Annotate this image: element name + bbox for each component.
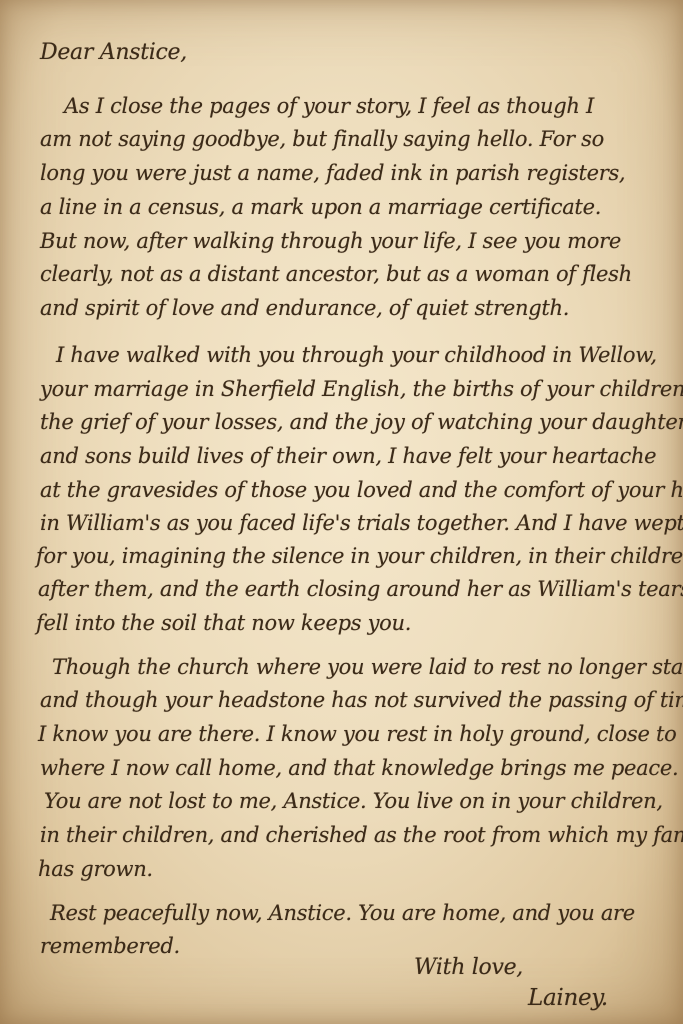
paragraph-2-line-3: the grief of your losses, and the joy of… (40, 409, 683, 435)
paragraph-2-line-2: your marriage in Sherfield English, the … (40, 376, 683, 402)
paragraph-3-line-6: in their children, and cherished as the … (40, 822, 683, 848)
closing: With love, (414, 955, 523, 981)
paragraph-2-line-1: I have walked with you through your chil… (56, 342, 657, 368)
paragraph-2-line-6: in William's as you faced life's trials … (40, 510, 683, 536)
paragraph-4-line-1: Rest peacefully now, Anstice. You are ho… (50, 900, 635, 926)
paragraph-1-line-3: long you were just a name, faded ink in … (40, 160, 625, 186)
paragraph-1-line-6: clearly, not as a distant ancestor, but … (40, 261, 632, 287)
paragraph-3-line-1: Though the church where you were laid to… (52, 654, 683, 680)
signature: Lainey. (528, 985, 608, 1011)
letter-page: Dear Anstice, As I close the pages of yo… (0, 0, 683, 1024)
paragraph-1-line-2: am not saying goodbye, but finally sayin… (40, 126, 604, 152)
paragraph-1-line-5: But now, after walking through your life… (40, 228, 621, 254)
paragraph-1-line-4: a line in a census, a mark upon a marria… (40, 194, 601, 220)
paragraph-1-line-7: and spirit of love and endurance, of qui… (40, 295, 569, 321)
paragraph-2-line-8: after them, and the earth closing around… (38, 576, 683, 602)
paragraph-3-line-4: where I now call home, and that knowledg… (40, 755, 678, 781)
paragraph-2-line-9: fell into the soil that now keeps you. (36, 610, 411, 636)
paragraph-4-line-2: remembered. (40, 933, 180, 959)
salutation: Dear Anstice, (40, 40, 187, 66)
paragraph-3-line-7: has grown. (38, 856, 153, 882)
paragraph-3-line-5: You are not lost to me, Anstice. You liv… (44, 788, 663, 814)
paragraph-3-line-2: and though your headstone has not surviv… (40, 687, 683, 713)
paragraph-3-line-3: I know you are there. I know you rest in… (38, 721, 676, 747)
paragraph-2-line-7: for you, imagining the silence in your c… (36, 543, 683, 569)
paragraph-2-line-4: and sons build lives of their own, I hav… (40, 443, 656, 469)
paragraph-2-line-5: at the gravesides of those you loved and… (40, 477, 683, 503)
paragraph-1-line-1: As I close the pages of your story, I fe… (64, 93, 594, 119)
